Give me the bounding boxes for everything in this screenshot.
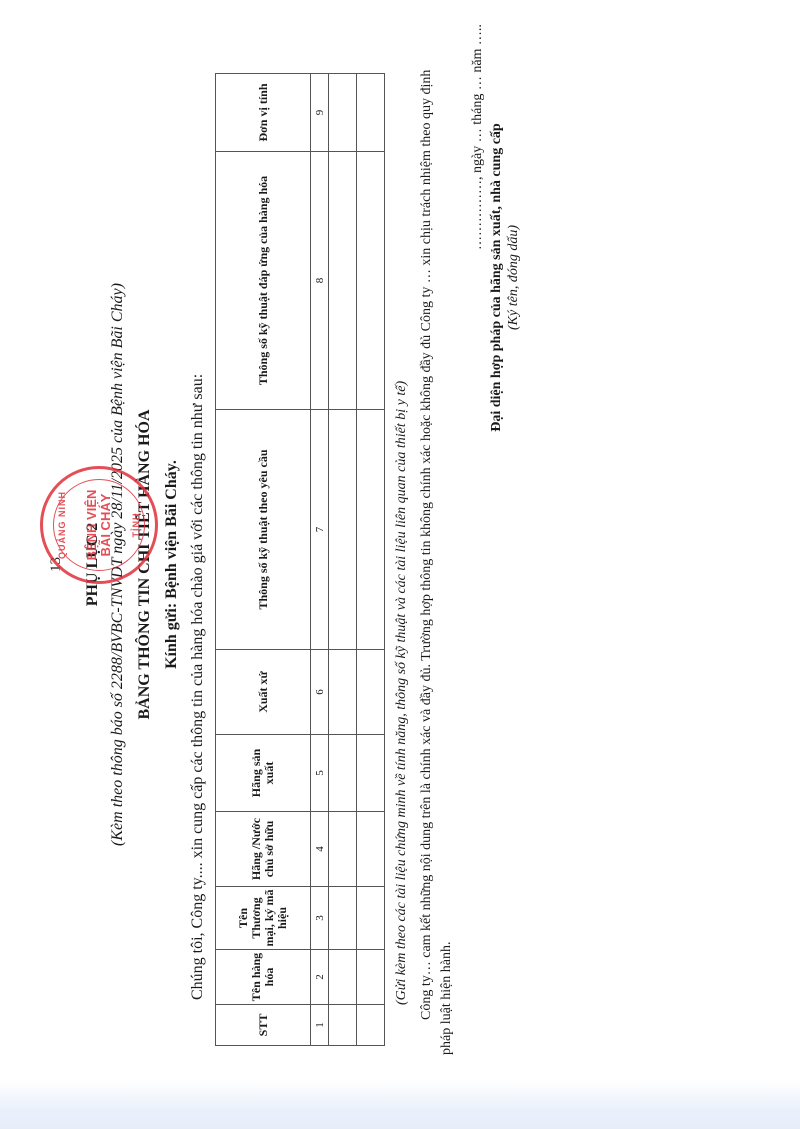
table-cell bbox=[357, 887, 385, 950]
header-stt: STT bbox=[216, 1005, 311, 1046]
stamp-center-text: BỆNH VIỆN BÃI CHÁY bbox=[85, 490, 113, 561]
stamp-center-line-2: BÃI CHÁY bbox=[99, 490, 113, 561]
column-number: 2 bbox=[311, 950, 329, 1005]
column-number: 4 bbox=[311, 812, 329, 887]
column-number: 8 bbox=[311, 152, 329, 410]
goods-info-table: STT Tên hàng hóa Tên Thương mại, ký mã h… bbox=[215, 73, 385, 1046]
table-cell bbox=[329, 950, 357, 1005]
table-cell bbox=[357, 1005, 385, 1046]
column-number: 9 bbox=[311, 74, 329, 152]
attached-documents-note: (Gửi kèm theo các tài liệu chứng minh về… bbox=[394, 381, 410, 1005]
signer-title: Đại diện hợp pháp của hãng sản xuất, nhà… bbox=[489, 100, 505, 455]
table-cell bbox=[357, 735, 385, 812]
header-offered-specs: Thông số kỹ thuật đáp ứng của hàng hóa bbox=[216, 152, 311, 410]
header-trade-name: Tên Thương mại, ký mã hiệu bbox=[216, 887, 311, 950]
table-cell bbox=[357, 74, 385, 152]
intro-text: Chúng tôi, Công ty.... xin cung cấp các … bbox=[189, 374, 207, 1000]
header-goods-name: Tên hàng hóa bbox=[216, 950, 311, 1005]
table-row bbox=[357, 74, 385, 1046]
column-number: 7 bbox=[311, 410, 329, 650]
table-cell bbox=[329, 152, 357, 410]
signer-note: (Ký tên, đóng dấu) bbox=[506, 100, 522, 455]
header-origin: Xuất xứ bbox=[216, 650, 311, 735]
column-number: 5 bbox=[311, 735, 329, 812]
commitment-paragraph: Công ty… cam kết những nội dung trên là … bbox=[417, 55, 457, 1055]
header-owner-country: Hãng /Nước chủ sở hữu bbox=[216, 812, 311, 887]
table-cell bbox=[357, 812, 385, 887]
table-cell bbox=[329, 735, 357, 812]
table-cell bbox=[329, 650, 357, 735]
stamp-center-line-1: BỆNH VIỆN bbox=[85, 490, 99, 561]
header-unit: Đơn vị tính bbox=[216, 74, 311, 152]
stamp-ring-top-text: QUẢNG NINH bbox=[57, 469, 67, 581]
header-required-specs: Thông số kỹ thuật theo yêu cầu bbox=[216, 410, 311, 650]
signature-date-line: ……………, ngày … tháng … năm ….. bbox=[470, 24, 486, 250]
table-cell bbox=[329, 74, 357, 152]
table-cell bbox=[329, 1005, 357, 1046]
table-cell bbox=[329, 812, 357, 887]
table-cell bbox=[329, 887, 357, 950]
table-cell bbox=[357, 950, 385, 1005]
table-cell bbox=[329, 410, 357, 650]
table-cell bbox=[357, 650, 385, 735]
column-number: 1 bbox=[311, 1005, 329, 1046]
table-cell bbox=[357, 410, 385, 650]
document-page: 13 PHỤ LỤC 2 (Kèm theo thông báo số 2288… bbox=[0, 0, 800, 1129]
table-row bbox=[329, 74, 357, 1046]
stamp-ring-bottom-text: TỈNH bbox=[131, 469, 141, 581]
hospital-stamp: QUẢNG NINH BỆNH VIỆN BÃI CHÁY TỈNH bbox=[40, 466, 158, 584]
header-manufacturer: Hãng sản xuất bbox=[216, 735, 311, 812]
column-number: 3 bbox=[311, 887, 329, 950]
table-cell bbox=[357, 152, 385, 410]
column-number-row: 1 2 3 4 5 6 7 8 9 bbox=[311, 74, 329, 1046]
column-number: 6 bbox=[311, 650, 329, 735]
table-header-row: STT Tên hàng hóa Tên Thương mại, ký mã h… bbox=[216, 74, 311, 1046]
recipient-line: Kính gửi: Bệnh viện Bãi Cháy. bbox=[163, 0, 181, 1129]
